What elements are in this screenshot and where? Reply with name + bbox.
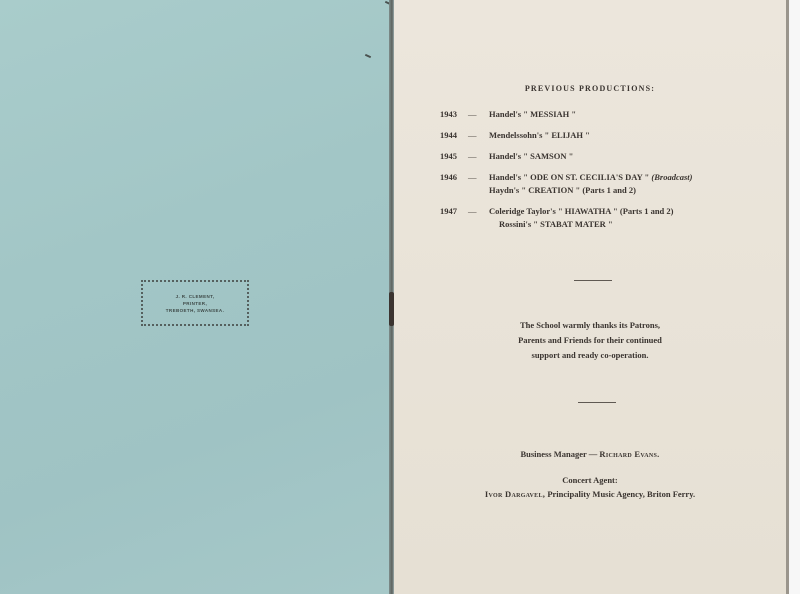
credits: Business Manager — Richard Evans. Concer… — [394, 447, 786, 501]
production-year: 1945 — [440, 150, 468, 163]
production-works: Handel's " MESSIAH " — [489, 108, 780, 121]
divider — [574, 280, 612, 281]
production-works: Coleridge Taylor's " HIAWATHA " (Parts 1… — [489, 205, 780, 231]
work-title: Coleridge Taylor's " HIAWATHA " (Parts 1… — [489, 206, 674, 216]
business-manager-label: Business Manager — — [520, 449, 599, 459]
concert-agent-name: Ivor Dargavel, — [485, 489, 545, 499]
concert-agent-detail: Principality Music Agency, Briton Ferry. — [545, 489, 695, 499]
work-title: Handel's " SAMSON " — [489, 151, 573, 161]
dash: — — [468, 171, 489, 197]
page-heading: PREVIOUS PRODUCTIONS: — [394, 84, 786, 93]
thanks-message: The School warmly thanks its Patrons, Pa… — [394, 318, 786, 363]
business-manager: Business Manager — Richard Evans. — [394, 447, 786, 461]
dash: — — [468, 129, 489, 142]
scan-margin — [789, 0, 800, 594]
production-entry: 1944—Mendelssohn's " ELIJAH " — [440, 129, 780, 142]
work-line: Coleridge Taylor's " HIAWATHA " (Parts 1… — [489, 205, 780, 218]
work-line: Handel's " SAMSON " — [489, 150, 780, 163]
production-entry: 1943—Handel's " MESSIAH " — [440, 108, 780, 121]
work-line: Rossini's " STABAT MATER " — [489, 218, 780, 231]
work-title: Rossini's " STABAT MATER " — [499, 219, 613, 229]
work-title: Haydn's " CREATION " (Parts 1 and 2) — [489, 185, 636, 195]
work-line: Mendelssohn's " ELIJAH " — [489, 129, 780, 142]
production-year: 1946 — [440, 171, 468, 197]
printer-location: TREBOETH, SWANSEA. — [166, 307, 224, 314]
concert-agent-label: Concert Agent: — [394, 473, 786, 487]
thanks-line: support and ready co-operation. — [394, 348, 786, 363]
inner-page: PREVIOUS PRODUCTIONS: 1943—Handel's " ME… — [394, 0, 786, 594]
work-title: Mendelssohn's " ELIJAH " — [489, 130, 590, 140]
productions-list: 1943—Handel's " MESSIAH "1944—Mendelssoh… — [440, 108, 780, 239]
work-note: (Broadcast) — [651, 172, 692, 182]
production-entry: 1946—Handel's " ODE ON ST. CECILIA'S DAY… — [440, 171, 780, 197]
printer-role: PRINTER, — [183, 300, 207, 307]
production-year: 1943 — [440, 108, 468, 121]
production-works: Handel's " ODE ON ST. CECILIA'S DAY " (B… — [489, 171, 780, 197]
dash: — — [468, 150, 489, 163]
production-year: 1947 — [440, 205, 468, 231]
work-title: Handel's " MESSIAH " — [489, 109, 576, 119]
work-line: Handel's " ODE ON ST. CECILIA'S DAY " (B… — [489, 171, 780, 184]
printer-imprint: J. R. CLEMENT, PRINTER, TREBOETH, SWANSE… — [141, 280, 249, 326]
printer-name: J. R. CLEMENT, — [176, 293, 215, 300]
thanks-line: Parents and Friends for their continued — [394, 333, 786, 348]
thanks-line: The School warmly thanks its Patrons, — [394, 318, 786, 333]
dash: — — [468, 205, 489, 231]
business-manager-name: Richard Evans. — [599, 449, 659, 459]
production-entry: 1945—Handel's " SAMSON " — [440, 150, 780, 163]
divider — [578, 402, 616, 403]
work-line: Handel's " MESSIAH " — [489, 108, 780, 121]
dash: — — [468, 108, 489, 121]
production-works: Handel's " SAMSON " — [489, 150, 780, 163]
concert-agent: Ivor Dargavel, Principality Music Agency… — [394, 487, 786, 501]
work-line: Haydn's " CREATION " (Parts 1 and 2) — [489, 184, 780, 197]
production-entry: 1947—Coleridge Taylor's " HIAWATHA " (Pa… — [440, 205, 780, 231]
work-title: Handel's " ODE ON ST. CECILIA'S DAY " — [489, 172, 651, 182]
production-works: Mendelssohn's " ELIJAH " — [489, 129, 780, 142]
production-year: 1944 — [440, 129, 468, 142]
